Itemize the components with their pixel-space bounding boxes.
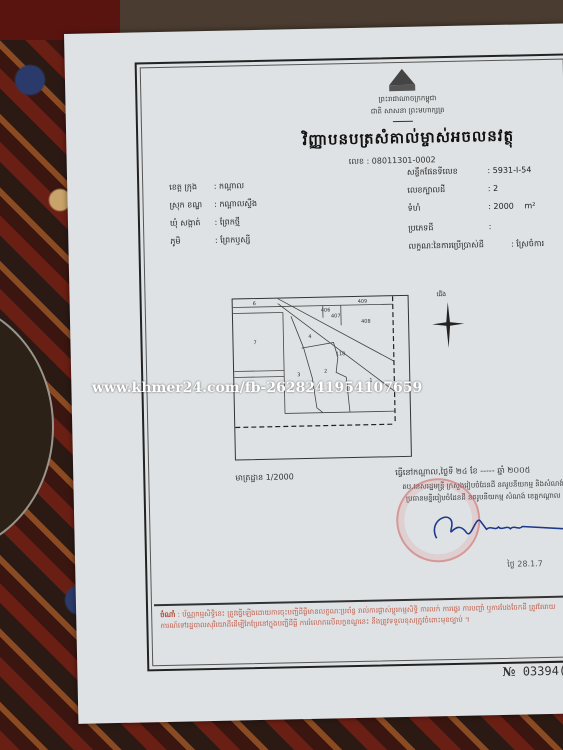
parcel-label: 2	[324, 369, 327, 375]
north-label: ជើង	[436, 290, 446, 299]
compass-icon	[430, 300, 467, 351]
parcel-label: 407	[331, 313, 341, 319]
cadastral-plan: 640940640740874321118	[232, 295, 412, 461]
signature	[426, 505, 563, 548]
registration-date: ថ្ងៃ 28.1.7	[507, 558, 543, 571]
field-commune: ឃុំ សង្កាត់ : ព្រែកថ្មី	[170, 216, 240, 229]
parcel-label: 408	[361, 319, 371, 325]
map-scale: មាត្រដ្ឋាន 1/2000	[235, 471, 294, 484]
field-district: ស្រុក ខណ្ឌ : កណ្ដាលស្ទឹង	[169, 198, 257, 212]
parcel-label: 4	[308, 334, 311, 340]
parcel-label: 3	[297, 372, 300, 378]
field-parcel-number: លេខក្បាលដី : 2	[407, 183, 498, 197]
parcel-label: 409	[358, 299, 368, 305]
field-province: ខេត្ត ក្រុង : កណ្ដាល	[169, 180, 244, 194]
certificate-number: № 03394(	[502, 664, 563, 679]
parcel-map: 640940640740874321118	[233, 296, 411, 460]
parcel-label: 406	[321, 307, 331, 313]
parcel-label: 7	[253, 340, 256, 346]
field-land-type: ប្រភេទដី :	[408, 221, 491, 235]
field-village: ភូមិ : ព្រែកឫស្សី	[170, 234, 250, 248]
parcel-label: 6	[253, 301, 256, 307]
royal-emblem-icon	[389, 69, 415, 94]
certificate-frame: ព្រះរាជាណាចក្រកម្ពុជា ជាតិ សាសនា ព្រះមហា…	[135, 53, 563, 671]
note-box: ចំណាំ : ប័ណ្ណកម្មសិទ្ធិនេះ ត្រូវធ្វើឡើងដ…	[154, 596, 563, 667]
certificate-paper: ព្រះរាជាណាចក្រកម្ពុជា ជាតិ សាសនា ព្រះមហា…	[64, 23, 563, 724]
watermark: www.khmer24.com/fb-2628241954107659	[92, 380, 422, 396]
parcel-label: 118	[336, 351, 346, 357]
